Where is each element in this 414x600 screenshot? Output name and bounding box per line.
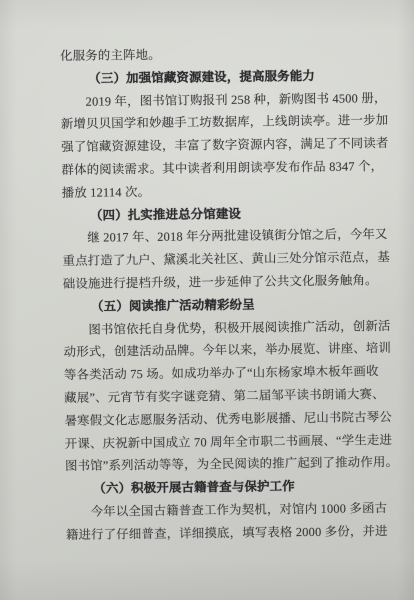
- text-line: 暑寒假文化志愿服务活动、优秀电影展播、尼山书院古琴公: [64, 406, 372, 433]
- text-line: 藏展”、元宵节有奖字谜竞猜、第二届邹平读书朗诵大赛、: [64, 383, 372, 410]
- section-heading: （六）积极开展古籍普查与保护工作: [93, 474, 373, 500]
- text-line: 群体的阅读需求。其中读者利用朗读亭发布作品 8347 个，: [61, 155, 369, 182]
- text-line: 籍进行了仔细普查，详细摸底，填写表格 2000 多份，并进: [66, 520, 374, 547]
- section-heading: （四）扎实推进总分馆建设: [90, 201, 370, 227]
- section-heading: （三）加强馆藏资源建设，提高服务能力: [88, 64, 368, 90]
- text-line: 础设施进行提档升级，进一步延伸了公共文化服务触角。: [63, 269, 371, 296]
- document-photo: 化服务的主阵地。（三）加强馆藏资源建设，提高服务能力2019 年，图书馆订购报刊…: [0, 0, 414, 600]
- section-heading: （五）阅读推广活动精彩纷呈: [91, 292, 371, 318]
- text-line: 图书馆”系列活动等等，为全民阅读的推广起到了推动作用。: [65, 452, 373, 479]
- text-line: 今年以全国古籍普查工作为契机，对馆内 1000 多函古: [91, 497, 374, 523]
- document-text-block: 化服务的主阵地。（三）加强馆藏资源建设，提高服务能力2019 年，图书馆订购报刊…: [60, 41, 374, 546]
